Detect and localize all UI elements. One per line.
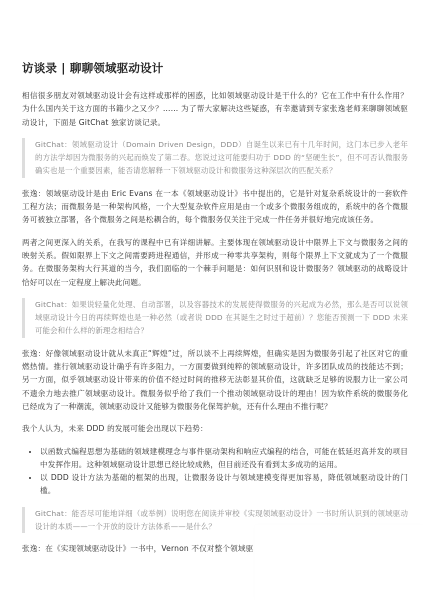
answer-paragraph-4: 我个人认为，未来 DDD 的发展可能会出现以下趋势：	[22, 422, 408, 435]
answer-paragraph-1: 张逸：领域驱动设计是由 Eric Evans 在一本《领域驱动设计》书中提出的，…	[22, 187, 408, 227]
article: 访谈录 | 聊聊领域驱动设计 相信很多朋友对领域驱动设计会有这样或那样的困惑，比…	[22, 60, 408, 565]
answer-paragraph-2: 两者之间更深入的关系，在我写的课程中已有详细讲解。主要体现在领域驱动设计中限界上…	[22, 236, 408, 289]
trend-list: 以函数式编程思想为基础的领域建模理念与事件驱动架构和响应式编程的结合，可能在低延…	[22, 445, 408, 498]
interview-question-2: GitChat：如果说轻量化处理、自动部署，以及容器技术的发展使得微服务的兴起成…	[22, 298, 408, 338]
list-item: 以 DDD 设计方法为基础的框架的出现，让微服务设计与领域建模变得更加容易，降低…	[40, 471, 408, 498]
list-item: 以函数式编程思想为基础的领域建模理念与事件驱动架构和响应式编程的结合，可能在低延…	[40, 445, 408, 472]
interview-question-1: GitChat：领域驱动设计（Domain Driven Design，DDD）…	[22, 138, 408, 178]
intro-paragraph: 相信很多朋友对领域驱动设计会有这样或那样的困惑，比如领域驱动设计是干什么的？它在…	[22, 89, 408, 129]
answer-paragraph-3: 张逸：好像领域驱动设计就从未真正“辉煌”过，所以谈不上再续辉煌，但确实是因为微服…	[22, 347, 408, 413]
blank-overlay-panel	[255, 525, 423, 600]
article-title: 访谈录 | 聊聊领域驱动设计	[22, 60, 408, 76]
